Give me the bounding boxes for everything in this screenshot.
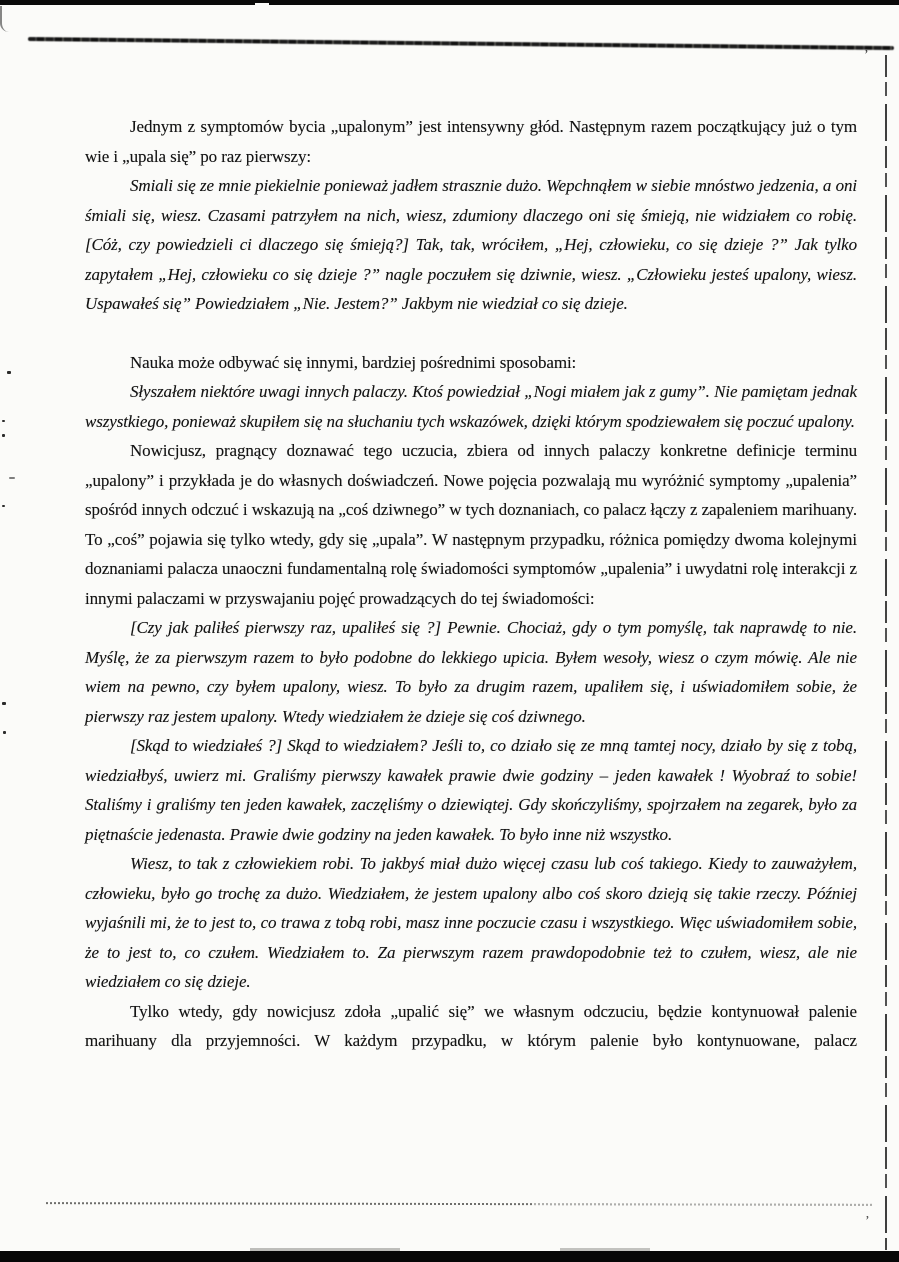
page-text: Jednym z symptomów bycia „upalonym” jest… [85,112,857,1056]
scan-streak-line [28,37,894,50]
paragraph-learning-methods: Nauka może odbywać się innymi, bardziej … [85,348,857,378]
scan-top-edge-bar [0,0,899,5]
scan-speck [3,731,6,734]
scan-speck [2,505,5,507]
scan-stray-mark: ’ [865,1214,870,1230]
paragraph-intro-hunger: Jednym z symptomów bycia „upalonym” jest… [85,112,857,171]
scan-stray-mark: ’ [864,48,869,64]
paragraph-conclusion: Tylko wtedy, gdy nowicjusz zdoła „upalić… [85,997,857,1056]
scan-speck [7,371,11,374]
paragraph-quote-rubber-legs: Słyszałem niektóre uwagi innych palaczy.… [85,377,857,436]
paragraph-quote-laughing: Smiali się ze mnie piekielnie ponieważ j… [85,171,857,319]
scan-corner-mark [0,6,11,32]
scan-speck [2,702,6,705]
scan-dotted-rule [46,1202,872,1206]
paragraph-quote-two-hours: [Skąd to wiedziałeś ?] Skąd to wiedziałe… [85,731,857,849]
scan-speck [9,477,15,479]
paragraph-quote-time-sense: Wiesz, to tak z człowiekiem robi. To jak… [85,849,857,997]
paragraph-quote-first-time: [Czy jak paliłeś pierwszy raz, upaliłeś … [85,613,857,731]
scanned-document-page: ’ ’ Jednym z symptomów bycia „upalonym” … [0,0,899,1262]
paragraph-novice-definitions: Nowicjusz, pragnący doznawać tego uczuci… [85,436,857,613]
page-edge-vertical-line [885,55,887,1250]
scan-speck [2,434,5,437]
scan-bottom-edge-bar [0,1251,899,1262]
scan-speck [2,420,5,422]
